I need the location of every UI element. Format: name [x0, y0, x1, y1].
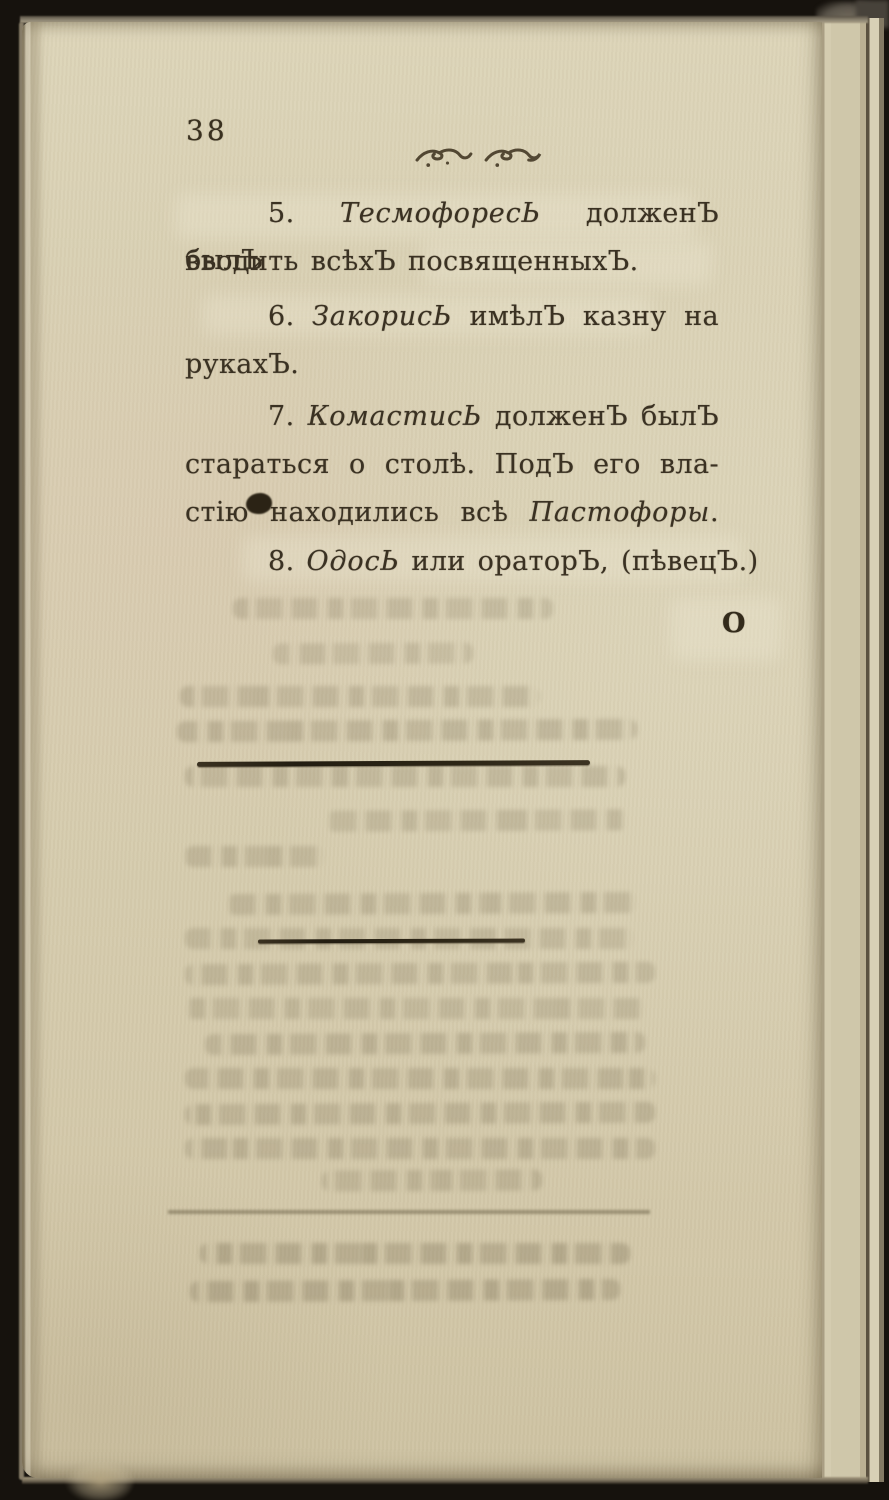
text-line: рукахЪ. [185, 341, 719, 389]
text-run: рукахЪ. [185, 349, 299, 380]
text-line: вводить всѣхЪ посвященныхЪ. [185, 238, 719, 286]
text-run: стію находились всѣ [185, 497, 530, 528]
text-line: 5. ТесмофоресЬ долженЪ былЪ [185, 190, 719, 238]
text-run: 5. [268, 198, 340, 229]
text-line: 8. ОдосЬ или ораторЪ, (пѣвецЪ.) [185, 538, 719, 586]
text-run: или ораторЪ, (пѣвецЪ.) [399, 546, 758, 577]
term-italic: ОдосЬ [307, 546, 400, 577]
bleed-through-line [273, 642, 473, 664]
catchword: О [722, 608, 746, 639]
paragraph-8: 8. ОдосЬ или ораторЪ, (пѣвецЪ.) [185, 538, 719, 586]
text-line: стараться о столѣ. ПодЪ его вла- [185, 441, 719, 489]
paragraph-7: 7. КомастисЬ долженЪ былЪстараться о сто… [185, 393, 719, 537]
bleed-through-line [322, 1169, 542, 1191]
bleed-through-line [233, 598, 553, 619]
paragraph-5: 5. ТесмофоресЬ долженЪ былЪвводить всѣхЪ… [185, 190, 719, 286]
bleed-through-line [205, 1032, 645, 1055]
book-page: 38 5. ТесмофоресЬ долженЪ былЪвводить вс… [22, 22, 822, 1478]
paragraph-6: 6. ЗакорисЬ имѣлЪ казну нарукахЪ. [185, 293, 719, 389]
bleed-through-line [177, 719, 637, 742]
bleed-through-line [185, 1138, 655, 1159]
bleed-through-line [327, 809, 627, 832]
bleed-through-line [185, 998, 645, 1019]
book-scan: { "page": { "number": "38", "catchword":… [0, 0, 889, 1500]
text-run: стараться о столѣ. ПодЪ его вла- [185, 449, 719, 480]
text-run: 6. [268, 301, 312, 332]
book-edge-strip [866, 18, 884, 1482]
bleed-through-line [200, 1243, 630, 1264]
page-fore-edge [822, 20, 866, 1480]
text-run: вводить всѣхЪ посвященныхЪ. [185, 246, 639, 277]
bleed-through-footnote-rule [168, 1210, 650, 1214]
text-line: 6. ЗакорисЬ имѣлЪ казну на [185, 293, 719, 341]
bleed-through-line [185, 846, 325, 867]
term-italic: ТесмофоресЬ [340, 198, 541, 229]
ink-blot [246, 493, 272, 514]
text-run: . [710, 497, 719, 528]
term-italic: Пастофоры [530, 497, 711, 528]
text-run: долженЪ былЪ [482, 401, 719, 432]
bleed-through-line [180, 686, 540, 707]
bleed-through-line [185, 1068, 655, 1089]
text-run: 8. [268, 546, 307, 577]
text-run: 7. [268, 401, 308, 432]
text-line: 7. КомастисЬ долженЪ былЪ [185, 393, 719, 441]
text-run: имѣлЪ казну на [452, 301, 719, 332]
page-number: 38 [186, 114, 228, 147]
bleed-through-line [185, 962, 655, 985]
corner-damage-spot [60, 1452, 134, 1500]
bleed-through-line [185, 1102, 655, 1125]
page-bottom-edge [22, 1477, 868, 1484]
bleed-through-line [190, 1279, 620, 1302]
bleed-through-line [185, 766, 625, 787]
ornament-flourish-icon [414, 144, 546, 172]
term-italic: ЗакорисЬ [312, 301, 452, 332]
term-italic: КомастисЬ [308, 401, 482, 432]
bleed-through-line [227, 892, 637, 915]
